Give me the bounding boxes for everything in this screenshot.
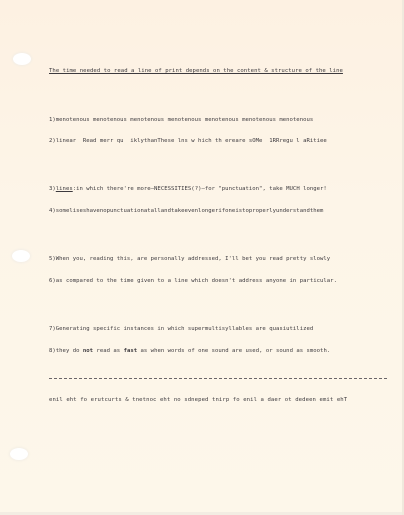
line-1: 1)menotenous menotenous menotenous menot… [49, 117, 389, 124]
line-8-bold-not: not [83, 348, 93, 354]
line-7: 7)Generating specific instances in which… [49, 326, 389, 333]
line-3-rest: :in which there're more—NECESSITIES(?)—f… [73, 186, 327, 192]
dashed-separator [49, 378, 387, 379]
line-8: 8)they do not read as fast as when words… [49, 348, 389, 355]
typewritten-page: The time needed to read a line of print … [0, 0, 404, 515]
spacer [49, 160, 389, 165]
spacer [49, 90, 389, 95]
typed-text-body: The time needed to read a line of print … [49, 54, 389, 418]
line-8-part-c: as when words of one sound are used, or … [137, 348, 330, 354]
line-5: 5)When you, reading this, are personally… [49, 256, 389, 263]
line-3: 3)lines:in which there're more—NECESSITI… [49, 186, 389, 193]
line-4: 4)someliseshavenopunctuationatallandtake… [49, 208, 389, 215]
line-3-prefix: 3) [49, 186, 56, 192]
spacer [49, 230, 389, 235]
punch-hole-top [13, 53, 31, 65]
mirrored-title-line: enil eht fo erutcurts & tnetnoc eht no s… [49, 397, 389, 404]
punch-hole-bottom [10, 448, 28, 460]
line-3-underlined-word: lines [56, 186, 73, 192]
line-8-part-a: 8)they do [49, 348, 83, 354]
document-title: The time needed to read a line of print … [49, 68, 389, 75]
punch-hole-middle [12, 250, 30, 262]
line-8-bold-fast: fast [124, 348, 138, 354]
line-8-part-b: read as [93, 348, 124, 354]
line-6: 6)as compared to the time given to a lin… [49, 278, 389, 285]
spacer [49, 299, 389, 304]
line-2: 2)linear Read merr qu iklythanThese lns … [49, 138, 389, 145]
